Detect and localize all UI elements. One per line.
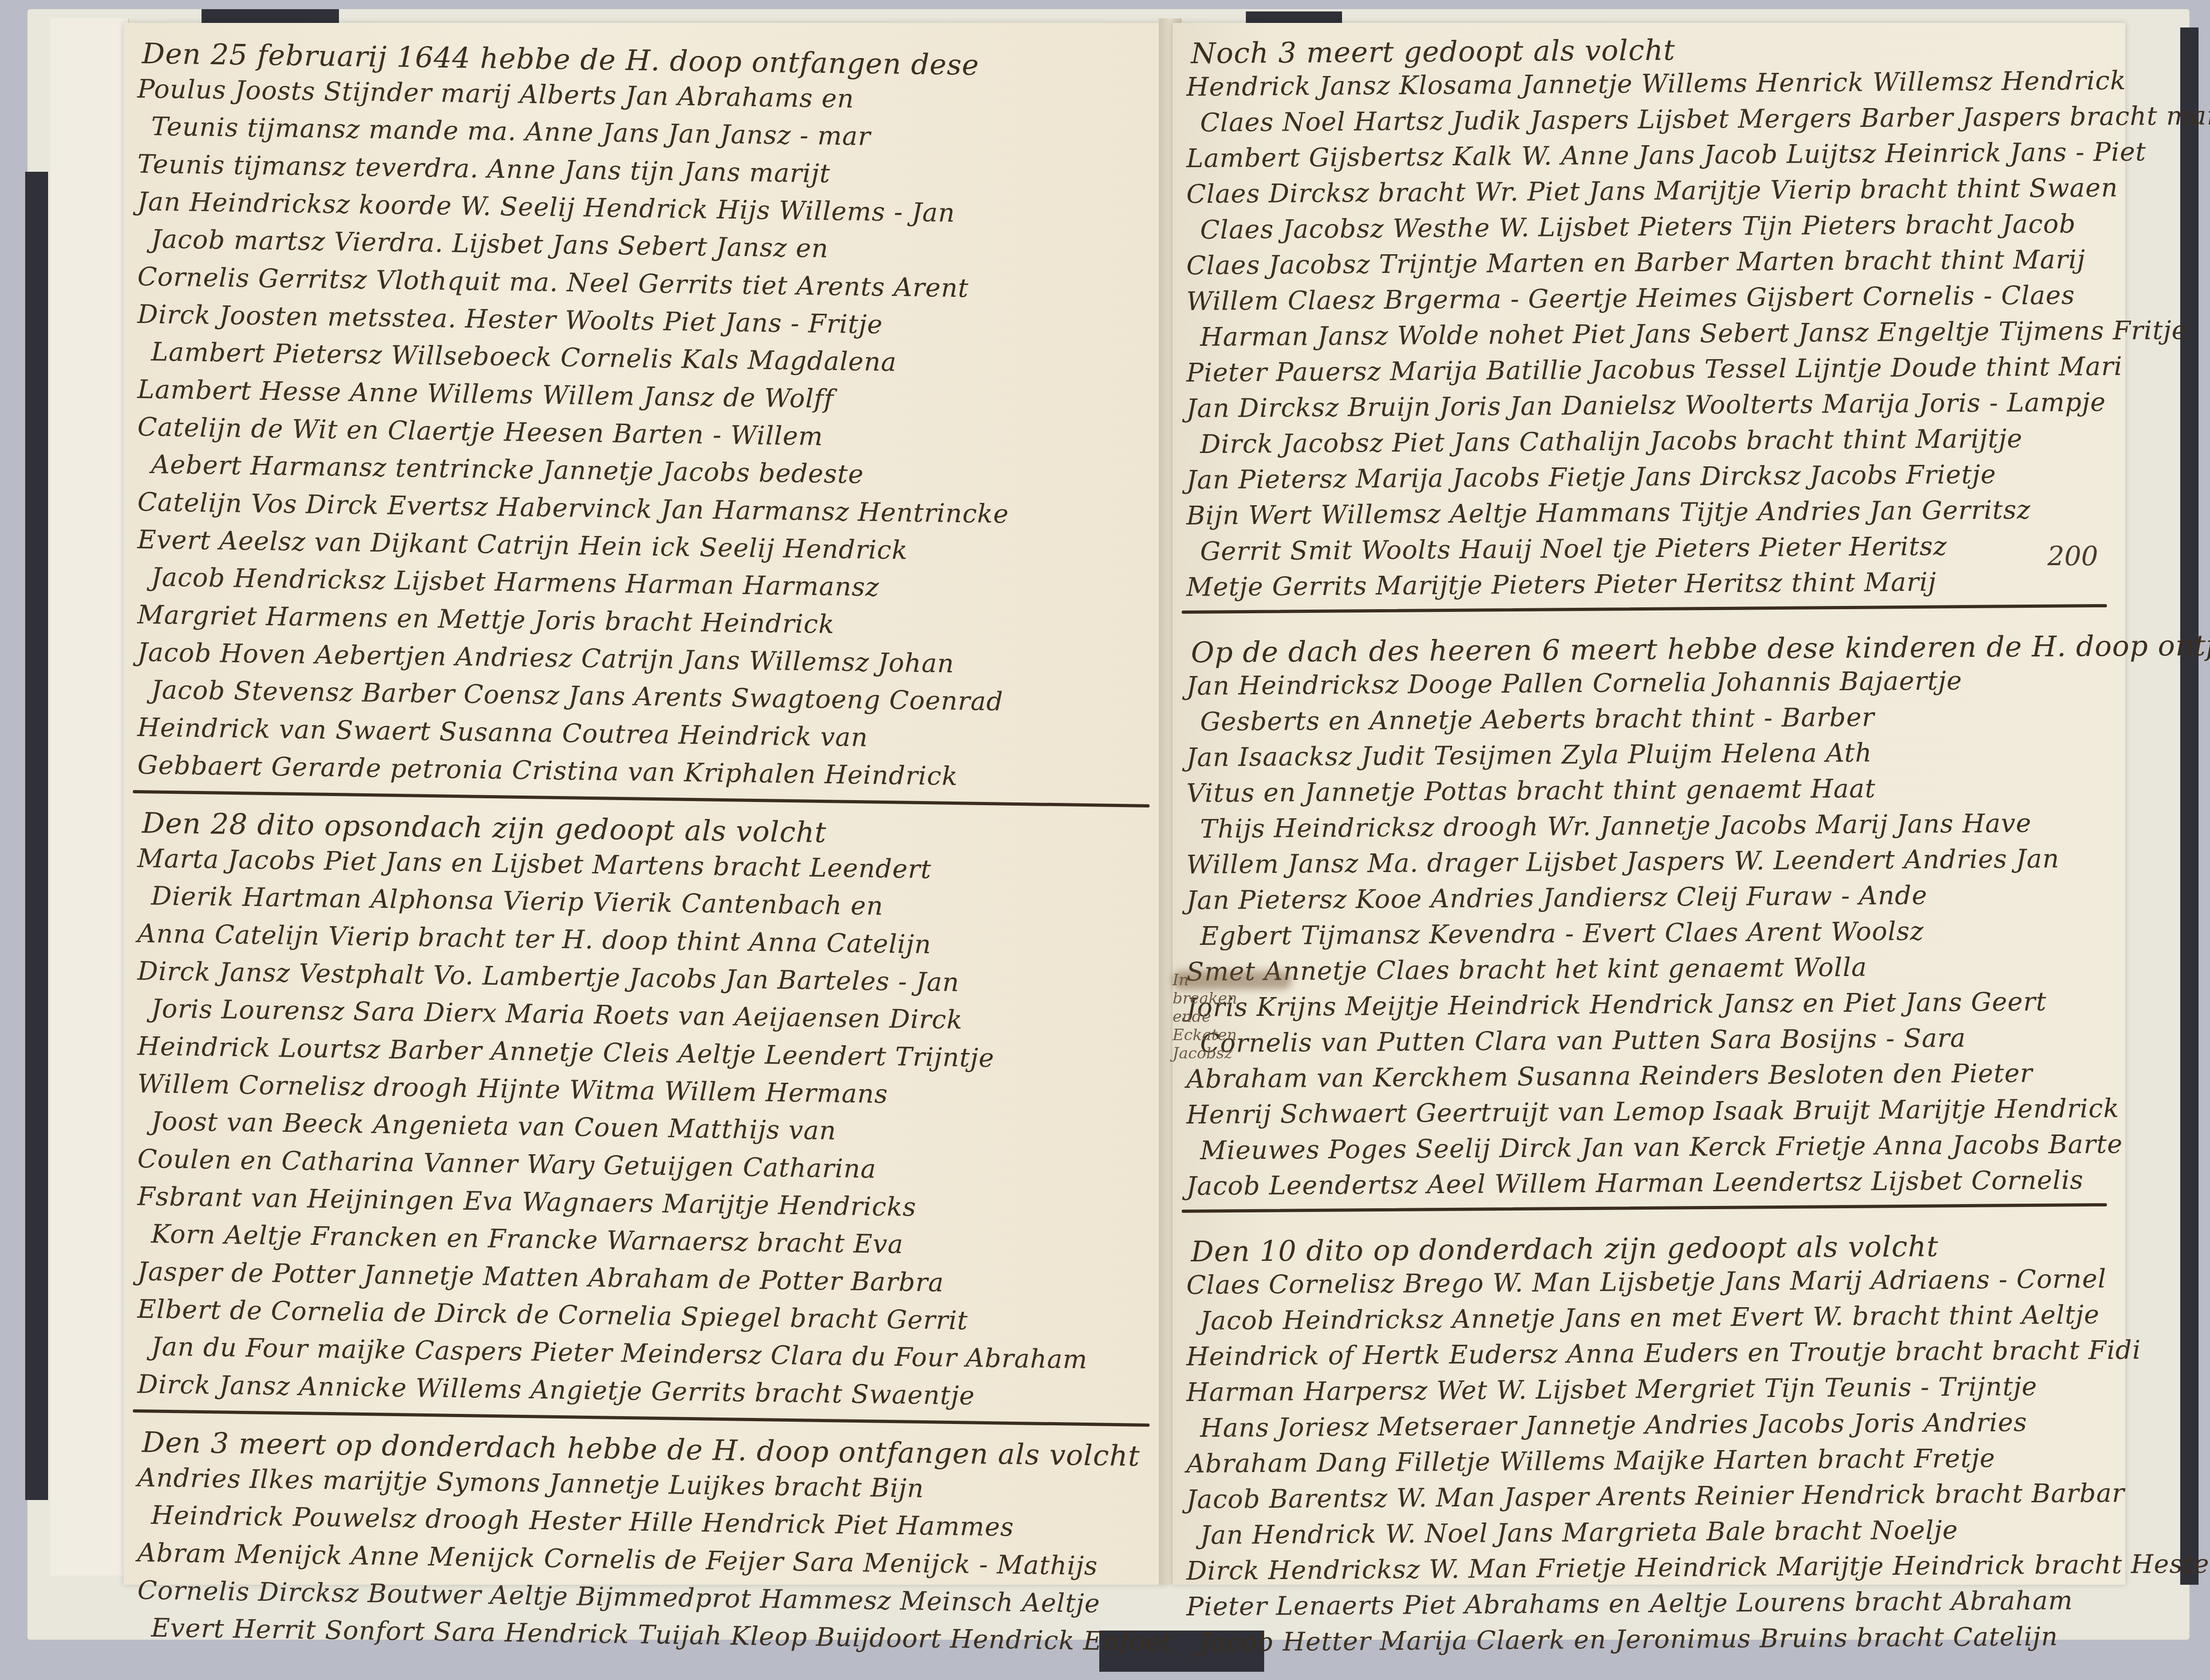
register-entry: Dierik Hartman Alphonsa Vierip Vierik Ca… — [151, 881, 884, 921]
register-entry: Jan Heindricksz koorde W. Seelij Hendric… — [137, 187, 955, 228]
register-entry: Poulus Joosts Stijnder marij Alberts Jan… — [137, 74, 855, 114]
register-entry: Jasper de Potter Jannetje Matten Abraham… — [137, 1257, 944, 1298]
register-entry: Jan Hendrick W. Noel Jans Margrieta Bale… — [1200, 1515, 1958, 1550]
register-entry: Gerrit Smit Woolts Hauij Noel tje Pieter… — [1200, 532, 1948, 567]
register-entry: Willem Cornelisz droogh Hijnte Witma Wil… — [137, 1069, 889, 1109]
register-entry: Jan Heindricksz Dooge Pallen Cornelia Jo… — [1186, 666, 1962, 701]
flyleaf — [50, 18, 129, 1576]
register-entry: Vitus en Jannetje Pottas bracht thint ge… — [1186, 774, 1876, 808]
binding-tape-left-edge — [25, 172, 48, 1500]
register-entry: Jan Isaacksz Judit Tesijmen Zyla Pluijm … — [1186, 738, 1872, 773]
register-entry: Willem Claesz Brgerma - Geertje Heimes G… — [1186, 280, 2075, 316]
register-entry: Bijn Wert Willemsz Aeltje Hammans Tijtje… — [1186, 495, 2031, 531]
section-divider — [133, 1409, 1150, 1427]
register-entry: Jacob Hendricksz Lijsbet Harmens Harman … — [151, 562, 880, 602]
register-entry: Mieuwes Poges Seelij Dirck Jan van Kerck… — [1200, 1129, 2123, 1166]
register-entry: Gesberts en Annetje Aeberts bracht thint… — [1200, 703, 1875, 737]
register-entry: Jan Pietersz Marija Jacobs Fietje Jans D… — [1186, 460, 1997, 495]
register-entry: Thijs Heindricksz droogh Wr. Jannetje Ja… — [1200, 808, 2032, 844]
register-entry: Hans Joriesz Metseraer Jannetje Andries … — [1200, 1407, 2027, 1443]
register-entry: Teunis tijmansz mande ma. Anne Jans Jan … — [151, 112, 871, 152]
section-heading: Den 25 februarij 1644 hebbe de H. doop o… — [142, 37, 979, 82]
register-entry: Korn Aeltje Francken en Francke Warnaers… — [151, 1219, 904, 1260]
register-entry: Dirck Jacobsz Piet Jans Cathalijn Jacobs… — [1200, 424, 2023, 459]
register-entry: Willem Jansz Ma. drager Lijsbet Jaspers … — [1186, 844, 2060, 880]
register-entry: Abraham van Kerckhem Susanna Reinders Be… — [1186, 1058, 2033, 1094]
register-entry: Marta Jacobs Piet Jans en Lijsbet Marten… — [137, 844, 932, 884]
register-entry: Jan Dircksz Bruijn Joris Jan Danielsz Wo… — [1186, 387, 2106, 424]
register-entry: Catelijn de Wit en Claertje Heesen Barte… — [137, 412, 824, 452]
register-entry: Heindrick van Swaert Susanna Coutrea Hei… — [137, 713, 868, 753]
register-entry: Pieter Lenaerts Piet Abrahams en Aeltje … — [1186, 1586, 2073, 1622]
register-entry: Heindrick of Hertk Eudersz Anna Euders e… — [1186, 1335, 2141, 1372]
register-entry: Lambert Pietersz Willseboeck Cornelis Ka… — [151, 337, 897, 377]
section-divider — [1182, 604, 2107, 614]
register-entry: Harman Jansz Wolde nohet Piet Jans Seber… — [1200, 316, 2188, 352]
page-number: 200 — [2047, 540, 2098, 572]
register-entry: Elbert de Cornelia de Dirck de Cornelia … — [137, 1294, 968, 1336]
register-entry: Jacob Hetter Marija Claerk en Jeronimus … — [1200, 1622, 2058, 1658]
register-entry: Joris Krijns Meijtje Heindrick Hendrick … — [1186, 987, 2047, 1023]
ink-stain — [1173, 971, 1292, 989]
register-entry: Lambert Gijsbertsz Kalk W. Anne Jans Jac… — [1186, 137, 2146, 174]
register-entry: Jacob Leendertsz Aeel Willem Harman Leen… — [1186, 1165, 2084, 1201]
register-entry: Metje Gerrits Marijtje Pieters Pieter He… — [1186, 567, 1937, 602]
register-entry: Aebert Harmansz tentrincke Jannetje Jaco… — [151, 450, 864, 490]
register-entry: Cornelis van Putten Clara van Putten Sar… — [1200, 1023, 1966, 1058]
section-heading: Op de dach des heeren 6 meert hebbe dese… — [1191, 628, 2210, 669]
section-heading: Den 10 dito op donderdach zijn gedoopt a… — [1191, 1230, 1939, 1268]
register-entry: Joris Lourensz Sara Dierx Maria Roets va… — [151, 994, 963, 1035]
register-entry: Dirck Jansz Vestphalt Vo. Lambertje Jaco… — [137, 956, 960, 998]
section-divider — [1182, 1203, 2107, 1213]
section-divider — [133, 790, 1150, 807]
register-entry: Egbert Tijmansz Kevendra - Evert Claes A… — [1200, 916, 1924, 951]
register-entry: Dirck Hendricksz W. Man Frietje Heindric… — [1186, 1549, 2210, 1586]
register-entry: Cornelis Gerritsz Vlothquit ma. Neel Ger… — [137, 262, 969, 303]
register-entry: Claes Jacobsz Trijntje Marten en Barber … — [1186, 245, 2086, 281]
register-entry: Coulen en Catharina Vanner Wary Getuijge… — [137, 1144, 877, 1184]
register-entry: Jacob Hoven Aebertjen Andriesz Catrijn J… — [137, 638, 955, 679]
register-entry: Pieter Pauersz Marija Batillie Jacobus T… — [1186, 352, 2123, 388]
register-entry: Hendrick Jansz Klosama Jannetje Willems … — [1186, 66, 2126, 102]
register-entry: Abram Menijck Anne Menijck Cornelis de F… — [137, 1538, 1098, 1581]
register-entry: Jacob Stevensz Barber Coensz Jans Arents… — [151, 675, 1004, 717]
register-entry: Jacob Barentsz W. Man Jasper Arents Rein… — [1186, 1478, 2125, 1515]
left-page: Den 25 februarij 1644 hebbe de H. doop o… — [124, 23, 1168, 1585]
register-entry: Harman Harpersz Wet W. Lijsbet Mergriet … — [1186, 1372, 2037, 1407]
register-entry: Joost van Beeck Angenieta van Couen Matt… — [151, 1107, 837, 1146]
section-heading: Noch 3 meert gedoopt als volcht — [1191, 33, 1675, 70]
register-entry: Claes Cornelisz Brego W. Man Lijsbetje J… — [1186, 1264, 2106, 1300]
register-entry: Heindrick Pouwelsz droogh Hester Hille H… — [151, 1500, 1015, 1542]
register-entry: Gebbaert Gerarde petronia Cristina van K… — [137, 750, 958, 791]
right-page: Noch 3 meert gedoopt als volchtHendrick … — [1173, 23, 2125, 1585]
register-entry: Lambert Hesse Anne Willems Willem Jansz … — [137, 375, 834, 414]
register-entry: Heindrick Lourtsz Barber Annetje Cleis A… — [137, 1031, 995, 1073]
register-entry: Jacob Heindricksz Annetje Jans en met Ev… — [1200, 1300, 2100, 1336]
register-entry: Anna Catelijn Vierip bracht ter H. doop … — [137, 919, 932, 960]
register-entry: Claes Jacobsz Westhe W. Lijsbet Pieters … — [1200, 209, 2076, 245]
register-entry: Jan du Four maijke Caspers Pieter Meinde… — [151, 1332, 1088, 1375]
register-entry: Dirck Joosten metsstea. Hester Woolts Pi… — [137, 300, 883, 340]
register-entry: Fsbrant van Heijningen Eva Wagnaers Mari… — [137, 1182, 917, 1222]
register-entry: Jacob martsz Vierdra. Lijsbet Jans Seber… — [151, 224, 829, 264]
register-entry: Claes Noel Hartsz Judik Jaspers Lijsbet … — [1200, 101, 2210, 138]
register-entry: Dirck Jansz Annicke Willems Angietje Ger… — [137, 1369, 975, 1411]
register-entry: Evert Aeelsz van Dijkant Catrijn Hein ic… — [137, 525, 908, 565]
register-entry: Claes Dircksz bracht Wr. Piet Jans Marij… — [1186, 173, 2118, 209]
section-heading: Den 28 dito opsondach zijn gedoopt als v… — [142, 806, 827, 849]
register-entry: Teunis tijmansz teverdra. Anne Jans tijn… — [137, 149, 831, 189]
binding-tape-right-edge — [2180, 27, 2199, 1585]
register-entry: Henrij Schwaert Geertruijt van Lemop Isa… — [1186, 1094, 2119, 1130]
register-entry: Abraham Dang Filletje Willems Maijke Har… — [1186, 1444, 1996, 1479]
register-entry: Andries Ilkes marijtje Symons Jannetje L… — [137, 1463, 924, 1504]
register-entry: Margriet Harmens en Mettje Joris bracht … — [137, 600, 835, 639]
register-entry: Jan Pietersz Kooe Andries Jandiersz Clei… — [1186, 881, 1927, 916]
register-entry: Catelijn Vos Dirck Evertsz Habervinck Ja… — [137, 487, 1010, 529]
